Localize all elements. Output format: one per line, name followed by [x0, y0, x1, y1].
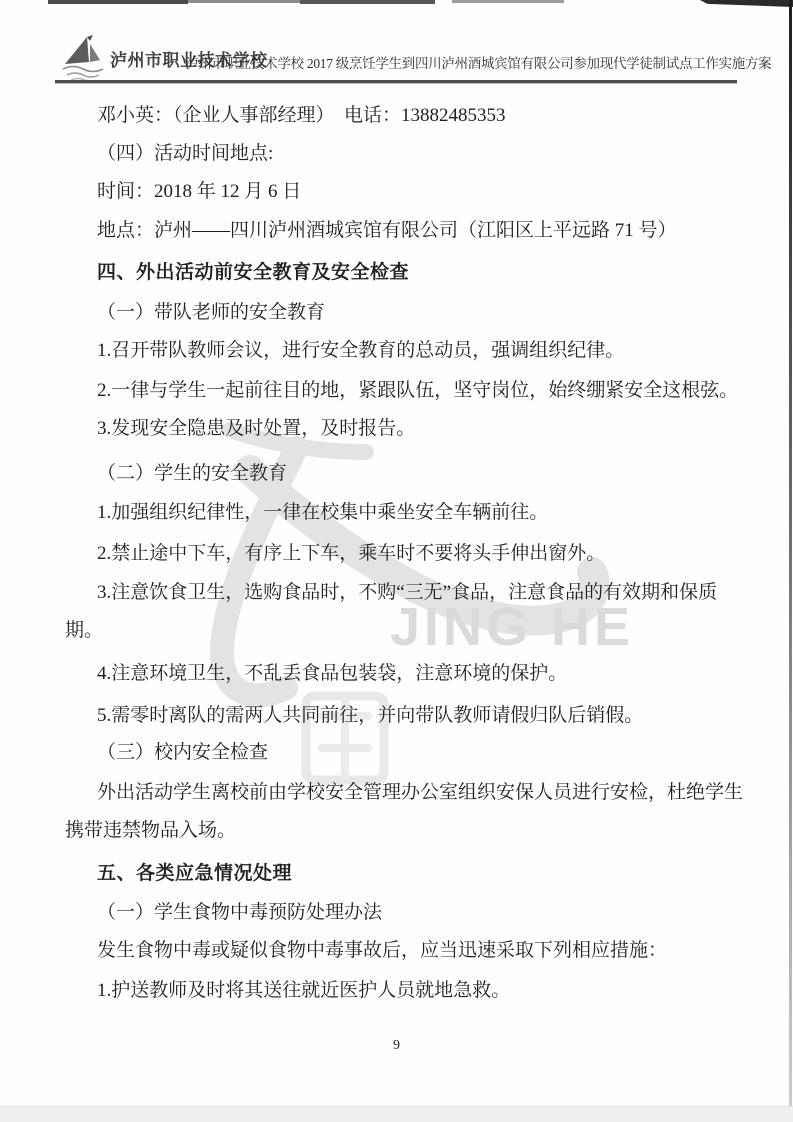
body-line: 2.一律与学生一起前往目的地，紧跟队伍，坚守岗位，始终绷紧安全这根弦。	[65, 379, 738, 403]
body-line: （二）学生的安全教育	[65, 462, 287, 486]
body-line: （四）活动时间地点:	[65, 142, 273, 166]
body-line: 2.禁止途中下车，有序上下车，乘车时不要将头手伸出窗外。	[65, 542, 605, 566]
body-line: 地点：泸州——四川泸州酒城宾馆有限公司（江阳区上平远路 71 号）	[65, 219, 677, 243]
body-line: 外出活动学生离校前由学校安全管理办公室组织安保人员进行安检，杜绝学生	[65, 781, 743, 805]
body-line: 发生食物中毒或疑似食物中毒事故后，应当迅速采取下列相应措施：	[65, 939, 667, 963]
section-heading: 四、外出活动前安全教育及安全检查	[65, 261, 409, 285]
body-line: 期。	[65, 619, 103, 643]
body-line: （一）学生食物中毒预防处理办法	[65, 901, 382, 925]
body-line: 1.护送教师及时将其送往就近医护人员就地急救。	[65, 979, 510, 1003]
scan-right-edge-line	[789, 0, 792, 1122]
body-line: 5.需零时离队的需两人共同前往，并向带队教师请假归队后销假。	[65, 704, 643, 728]
body-line: 3.发现安全隐患及时处置，及时报告。	[65, 417, 415, 441]
body-line: 3.注意饮食卫生，选购食品时，不购“三无”食品，注意食品的有效期和保质	[65, 581, 717, 605]
body-line: 1.加强组织纪律性，一律在校集中乘坐安全车辆前往。	[65, 501, 548, 525]
document-body: 邓小英：（企业人事部经理） 电话：13882485353（四）活动时间地点:时间…	[65, 0, 745, 1122]
body-line: 1.召开带队教师会议，进行安全教育的总动员，强调组织纪律。	[65, 339, 624, 363]
body-line: 4.注意环境卫生，不乱丢食品包装袋，注意环境的保护。	[65, 662, 567, 686]
body-line: 携带违禁物品入场。	[65, 819, 236, 843]
body-line: （三）校内安全检查	[65, 741, 268, 765]
section-heading: 五、各类应急情况处理	[65, 862, 292, 886]
body-line: 时间：2018 年 12 月 6 日	[65, 180, 301, 204]
page-number: 9	[0, 1038, 793, 1054]
document-page: JING HE 泸州市职业技术学校 泸州市职业技术学校 2017 级烹饪学生到四…	[0, 0, 793, 1122]
body-line: 邓小英：（企业人事部经理） 电话：13882485353	[65, 104, 506, 128]
body-line: （一）带队老师的安全教育	[65, 301, 325, 325]
